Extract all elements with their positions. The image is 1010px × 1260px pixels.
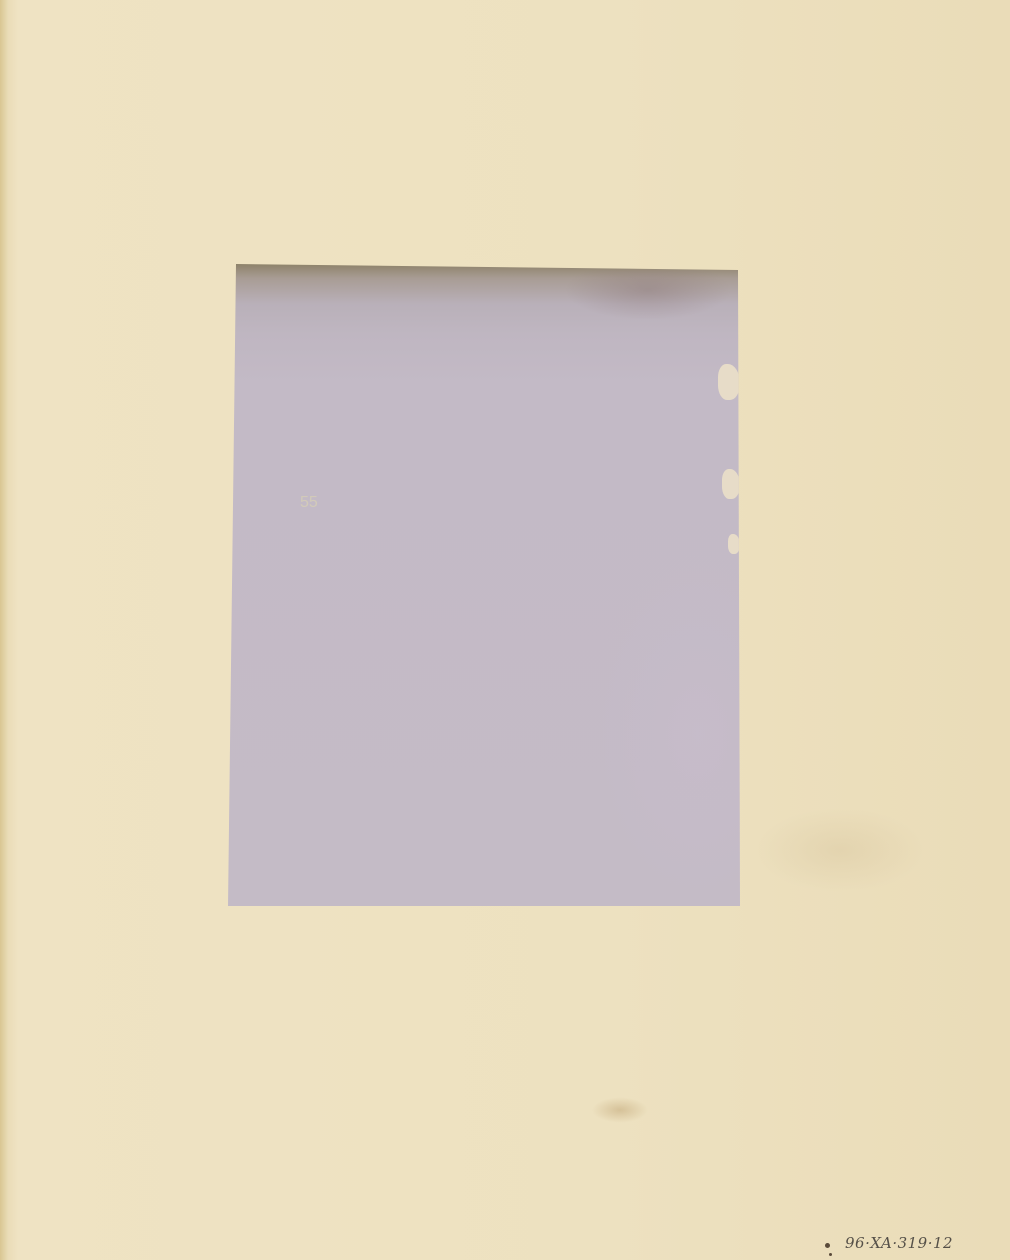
emulsion-loss — [718, 364, 740, 400]
faint-print-mark: 55 — [300, 494, 318, 512]
emulsion-loss — [728, 534, 740, 554]
mount-board: 55 96·XA·319·12 — [0, 0, 1010, 1260]
faded-photograph: 55 — [228, 264, 740, 906]
emulsion-loss — [722, 469, 740, 499]
top-stain — [528, 270, 740, 332]
mount-speck — [829, 1253, 832, 1256]
mount-speck — [825, 1243, 830, 1248]
mount-left-edge — [0, 0, 8, 1260]
accession-number: 96·XA·319·12 — [845, 1234, 953, 1252]
